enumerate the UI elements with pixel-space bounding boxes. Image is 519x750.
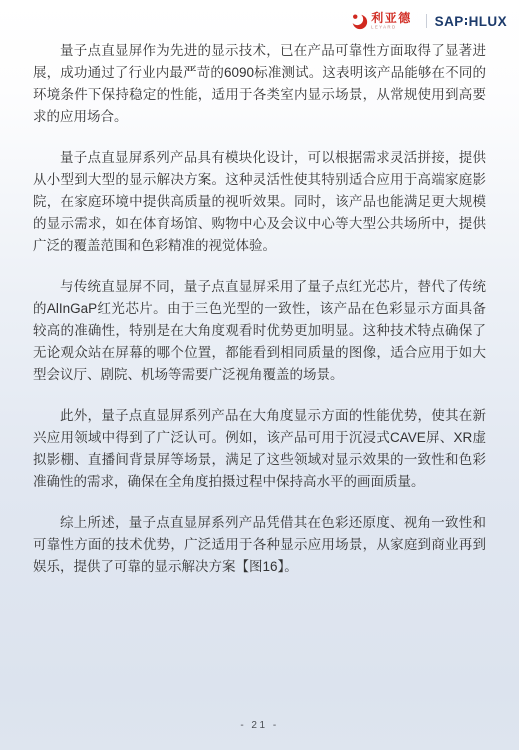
saphlux-wordmark-left: SAP — [435, 14, 464, 29]
document-body: 量子点直显屏作为先进的显示技术，已在产品可靠性方面取得了显著进展，成功通过了行业… — [0, 40, 519, 578]
document-page: 利亚德 LEYARD SAP HLUX 量子点直显屏作为先进的显示技术，已在产品… — [0, 0, 519, 578]
leyard-wordmark: 利亚德 LEYARD — [371, 12, 417, 30]
paragraph-summary: 综上所述，量子点直显屏系列产品凭借其在色彩还原度、视角一致性和可靠性方面的技术优… — [33, 512, 486, 578]
paragraph-reliability: 量子点直显屏作为先进的显示技术，已在产品可靠性方面取得了显著进展，成功通过了行业… — [33, 40, 486, 128]
page-header: 利亚德 LEYARD SAP HLUX — [0, 0, 519, 32]
saphlux-dots-icon — [465, 18, 468, 25]
leyard-swoosh-icon — [351, 13, 371, 30]
saphlux-logo: SAP HLUX — [435, 14, 507, 29]
leyard-logo: 利亚德 LEYARD — [351, 12, 417, 30]
paragraph-emerging-applications: 此外，量子点直显屏系列产品在大角度显示方面的性能优势，使其在新兴应用领域中得到了… — [33, 405, 486, 493]
logo-divider — [426, 14, 427, 28]
page-footer: - 21 - — [0, 715, 519, 733]
leyard-wordmark-cn: 利亚德 — [371, 12, 417, 24]
leyard-wordmark-en: LEYARD — [371, 25, 397, 28]
paragraph-color-accuracy: 与传统直显屏不同，量子点直显屏采用了量子点红光芯片，替代了传统的AlInGaP红… — [33, 276, 486, 386]
page-number: - 21 - — [240, 720, 278, 731]
saphlux-wordmark-right: HLUX — [469, 14, 507, 29]
paragraph-modularity: 量子点直显屏系列产品具有模块化设计，可以根据需求灵活拼接，提供从小型到大型的显示… — [33, 147, 486, 257]
